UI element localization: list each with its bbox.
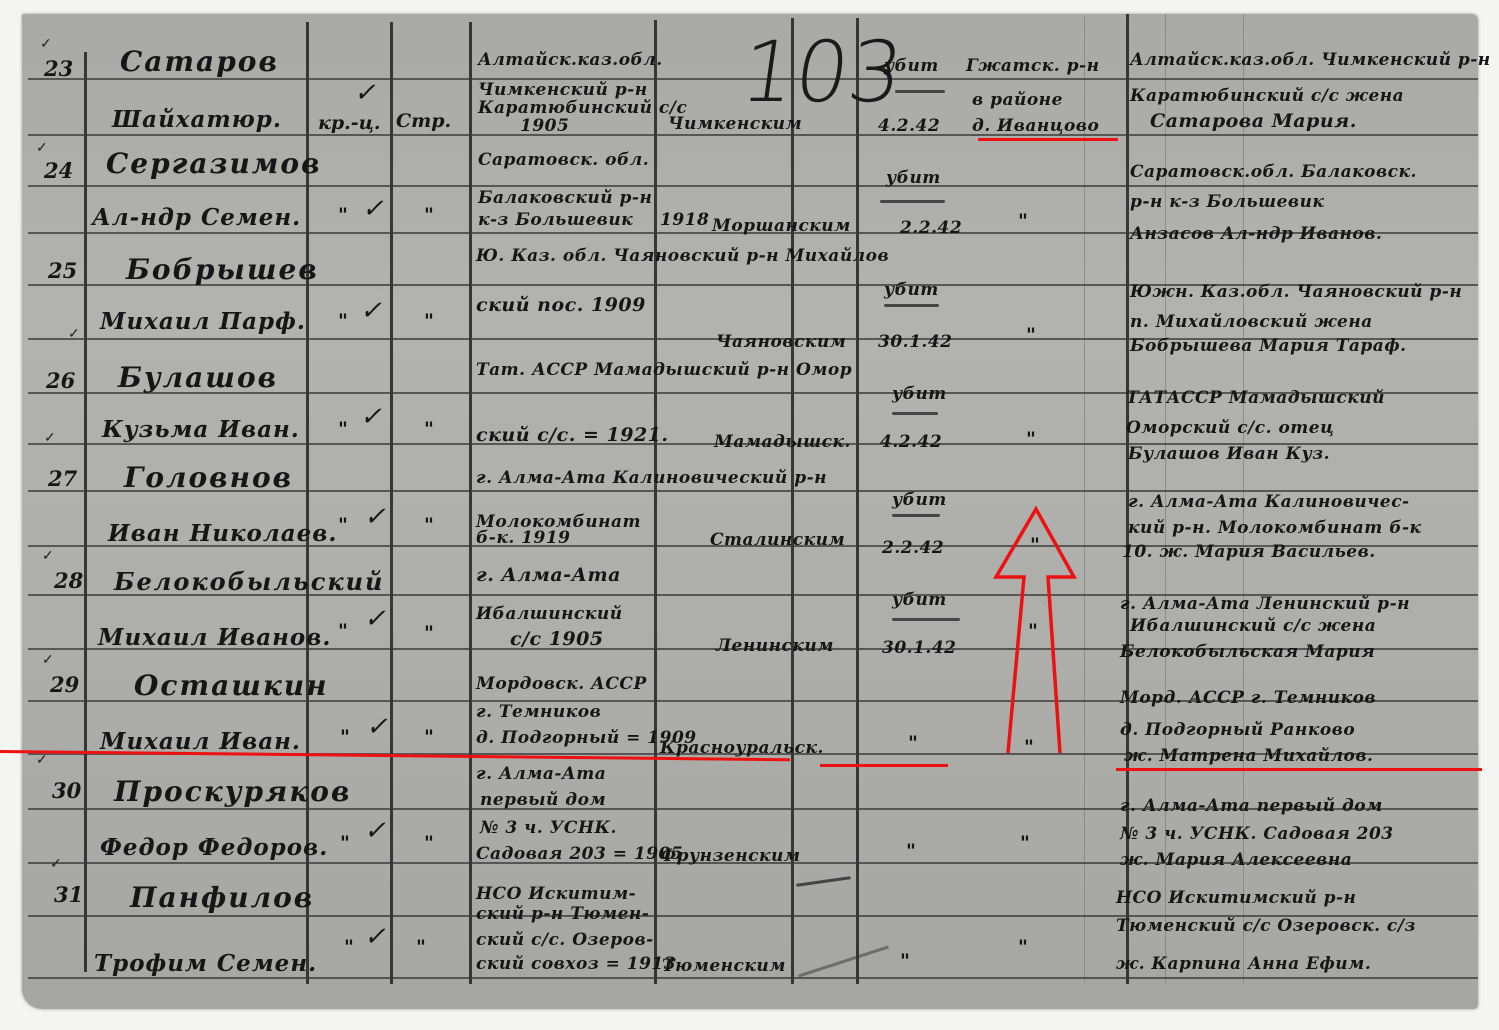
row-number: 26: [46, 370, 75, 391]
check-mark: ✓: [354, 80, 376, 106]
rvk: Моршанским: [712, 218, 851, 235]
death-date: 2.2.42: [882, 540, 944, 557]
relatives-line: 10. ж. Мария Васильев.: [1122, 544, 1376, 561]
fate-ditto: ": [906, 842, 916, 861]
margin-tick: ✓: [50, 856, 62, 872]
col-rule-burial-a: [1084, 16, 1085, 982]
death-date: 4.2.42: [878, 118, 940, 135]
burial-line: д. Иванцово: [972, 118, 1099, 135]
check-mark: ✓: [364, 606, 386, 632]
row-number: 30: [52, 780, 81, 801]
burial-ditto: ": [1026, 430, 1036, 449]
margin-tick: ✓: [44, 430, 56, 446]
rank: ": [338, 622, 348, 641]
birth-line: Тат. АССР Мамадышский р-н Омор: [476, 362, 852, 379]
dash-mark: [884, 304, 939, 307]
check-mark: ✓: [360, 298, 382, 324]
dash-mark: [892, 618, 960, 621]
birth-line: Садовая 203 = 1905: [476, 846, 683, 863]
surname: Булашов: [118, 364, 278, 392]
col-rule-rank: [390, 22, 393, 984]
rank: ": [338, 420, 348, 439]
fate: убит: [886, 170, 941, 187]
surname: Проскуряков: [114, 778, 351, 806]
relatives-line: Саратовск.обл. Балаковск.: [1130, 164, 1417, 181]
burial-ditto: ": [1018, 938, 1028, 957]
birth-line: ский с/с. = 1921.: [476, 426, 669, 445]
death-date: 4.2.42: [880, 434, 942, 451]
relatives-line: Бобрышева Мария Тараф.: [1130, 338, 1407, 355]
rvk: Красноуральск.: [660, 740, 824, 757]
relatives-line: Алтайск.каз.обл. Чимкенский р-н: [1130, 52, 1491, 69]
relatives-line: Каратюбинский с/с жена: [1130, 88, 1404, 105]
death-date: 2.2.42: [900, 220, 962, 237]
check-mark: ✓: [364, 504, 386, 530]
birth-line: НСО Искитим-: [476, 886, 636, 903]
check-mark: ✓: [360, 404, 382, 430]
birth-line: Алтайск.каз.обл.: [478, 52, 663, 69]
birth-line: Саратовск. обл.: [478, 152, 649, 169]
given-name: Трофим Семен.: [94, 952, 317, 975]
surname: Бобрышев: [126, 256, 319, 284]
rvk: Чаяновским: [716, 334, 846, 351]
position: ": [424, 624, 434, 643]
surname: Головнов: [124, 464, 293, 492]
death-date: 30.1.42: [878, 334, 952, 351]
surname: Белокобыльский: [114, 570, 385, 594]
burial-ditto: ": [1018, 212, 1028, 231]
col-rule-rvk: [791, 18, 794, 984]
given-name: Михаил Иван.: [100, 730, 301, 753]
ledger-sheet: 103 23 Сатаров Шайхатюр. кр.-ц. ✓ Стр. А…: [0, 0, 1499, 1030]
rvk: Чимкенским: [668, 116, 802, 133]
relatives-line: ж. Матрена Михайлов.: [1124, 748, 1373, 765]
rvk: Сталинским: [710, 532, 845, 549]
birth-line: г. Алма-Ата: [476, 566, 621, 585]
birth-line: г. Алма-Ата: [476, 766, 606, 783]
relatives-line: г. Алма-Ата Ленинский р-н: [1120, 596, 1410, 613]
position: ": [424, 420, 434, 439]
relatives-line: кий р-н. Молокомбинат б-к: [1128, 520, 1422, 537]
margin-tick: ✓: [36, 140, 48, 156]
row-number: 29: [50, 674, 79, 695]
col-rule-birth: [654, 20, 657, 984]
rvk: Ленинским: [716, 638, 834, 655]
margin-tick: ✓: [68, 326, 80, 342]
rank: ": [338, 516, 348, 535]
surname: Сергазимов: [106, 150, 321, 178]
relatives-line: Южн. Каз.обл. Чаяновский р-н: [1130, 284, 1462, 301]
check-mark: ✓: [366, 714, 388, 740]
rule: [28, 134, 1478, 136]
surname: Панфилов: [130, 884, 314, 912]
red-underline-burial: [978, 138, 1118, 141]
row-number: 24: [44, 160, 73, 181]
fate: убит: [892, 592, 947, 609]
fate: убит: [892, 492, 947, 509]
relatives-line: Булашов Иван Куз.: [1128, 446, 1330, 463]
birth-line: ский пос. 1909: [476, 296, 646, 315]
birth-line: ский р-н Тюмен-: [476, 906, 649, 923]
birth-line: Ю. Каз. обл. Чаяновский р-н Михайлов: [476, 248, 889, 265]
birth-line: 1905: [520, 118, 569, 135]
position: ": [424, 834, 434, 853]
margin-tick: ✓: [42, 652, 54, 668]
row-number: 28: [54, 570, 83, 591]
fate-ditto: ": [900, 952, 910, 971]
birth-line: Балаковский р-н: [478, 190, 652, 207]
col-rule-num: [84, 52, 87, 972]
dash-mark: [892, 412, 938, 415]
rank: ": [340, 834, 350, 853]
position: Стр.: [396, 112, 451, 131]
relatives-line: г. Алма-Ата Калиновичес-: [1128, 494, 1410, 511]
rvk: Фрунзенским: [660, 848, 801, 865]
rank: кр.-ц.: [318, 114, 381, 133]
burial-line: в районе: [972, 92, 1063, 109]
relatives-line: ТАТАССР Мамадышский: [1126, 390, 1385, 407]
red-arrow-up-icon: [990, 505, 1080, 755]
birth-line: к-з Большевик: [478, 212, 633, 229]
position: ": [424, 206, 434, 225]
rvk: Мамадышск.: [714, 434, 851, 451]
relatives-line: ж. Карпина Анна Ефим.: [1116, 956, 1371, 973]
margin-tick: ✓: [40, 36, 52, 52]
birth-line: с/с 1905: [510, 630, 604, 649]
given-name: Ал-ндр Семен.: [92, 206, 301, 229]
birth-line: Ибалшинский: [476, 606, 623, 623]
burial-line: Гжатск. р-н: [966, 58, 1099, 75]
birth-line: ский с/с. Озеров-: [476, 932, 654, 949]
page-number: 103: [736, 30, 908, 114]
row-number: 31: [54, 884, 83, 905]
burial-ditto: ": [1020, 834, 1030, 853]
red-line-right: [1116, 768, 1482, 771]
position: ": [424, 516, 434, 535]
position: ": [424, 312, 434, 331]
birth-line: 1918: [660, 212, 709, 229]
relatives-line: Оморский с/с. отец: [1126, 420, 1334, 437]
birth-line: Мордовск. АССР: [476, 676, 647, 693]
fate: убит: [884, 282, 939, 299]
rule: [28, 185, 1478, 187]
col-rule-position: [469, 22, 472, 984]
rank: ": [338, 206, 348, 225]
birth-line: г. Темников: [476, 704, 601, 721]
birth-line: б-к. 1919: [476, 530, 571, 547]
check-mark: ✓: [362, 196, 384, 222]
relatives-line: д. Подгорный Ранково: [1120, 722, 1355, 739]
red-line-mid: [820, 764, 948, 767]
position: ": [416, 938, 426, 957]
row-number: 25: [48, 260, 77, 281]
birth-line: Каратюбинский с/с: [478, 100, 687, 117]
birth-line: первый дом: [480, 792, 606, 809]
relatives-line: р-н к-з Большевик: [1130, 194, 1324, 211]
fate: убит: [884, 58, 939, 75]
given-name: Иван Николаев.: [108, 522, 337, 545]
row-number: 27: [48, 468, 77, 489]
fate: убит: [892, 386, 947, 403]
relatives-line: г. Алма-Ата первый дом: [1120, 798, 1383, 815]
given-name: Михаил Парф.: [100, 310, 306, 333]
rvk: Тюменским: [662, 958, 786, 975]
rank: ": [338, 312, 348, 331]
relatives-line: ж. Мария Алексеевна: [1120, 852, 1352, 869]
margin-tick: ✓: [42, 548, 54, 564]
dash-mark: [880, 200, 945, 203]
surname: Осташкин: [134, 672, 329, 700]
relatives-line: п. Михайловский жена: [1130, 314, 1373, 331]
surname: Сатаров: [120, 48, 279, 76]
rule: [28, 977, 1478, 979]
relatives-line: Сатарова Мария.: [1150, 112, 1357, 131]
given-name: Кузьма Иван.: [102, 418, 300, 441]
rank: ": [340, 728, 350, 747]
relatives-line: Тюменский с/с Озеровск. с/з: [1116, 918, 1416, 935]
relatives-line: Анзасов Ал-ндр Иванов.: [1130, 226, 1382, 243]
check-mark: ✓: [364, 818, 386, 844]
birth-line: Чимкенский р-н: [478, 82, 648, 99]
rank: ": [344, 938, 354, 957]
dash-mark: [895, 90, 945, 93]
relatives-line: НСО Искитимский р-н: [1116, 890, 1356, 907]
dash-mark: [892, 514, 940, 517]
fate-ditto: ": [908, 734, 918, 753]
given-name: Федор Федоров.: [100, 836, 328, 859]
check-mark: ✓: [364, 924, 386, 950]
birth-line: г. Алма-Ата Калиновический р-н: [476, 470, 827, 487]
given-name: Шайхатюр.: [112, 108, 282, 131]
given-name: Михаил Иванов.: [98, 626, 331, 649]
relatives-line: Морд. АССР г. Темников: [1120, 690, 1376, 707]
birth-line: ский совхоз = 1913: [476, 956, 676, 973]
death-date: 30.1.42: [882, 640, 956, 657]
margin-tick: ✓: [36, 752, 48, 768]
relatives-line: № 3 ч. УСНК. Садовая 203: [1120, 826, 1394, 843]
burial-ditto: ": [1026, 326, 1036, 345]
birth-line: № 3 ч. УСНК.: [480, 820, 617, 837]
relatives-line: Белокобыльская Мария: [1120, 644, 1375, 661]
relatives-line: Ибалшинский с/с жена: [1130, 618, 1376, 635]
position: ": [424, 728, 434, 747]
row-number: 23: [44, 58, 73, 79]
col-rule-fate: [856, 18, 859, 984]
